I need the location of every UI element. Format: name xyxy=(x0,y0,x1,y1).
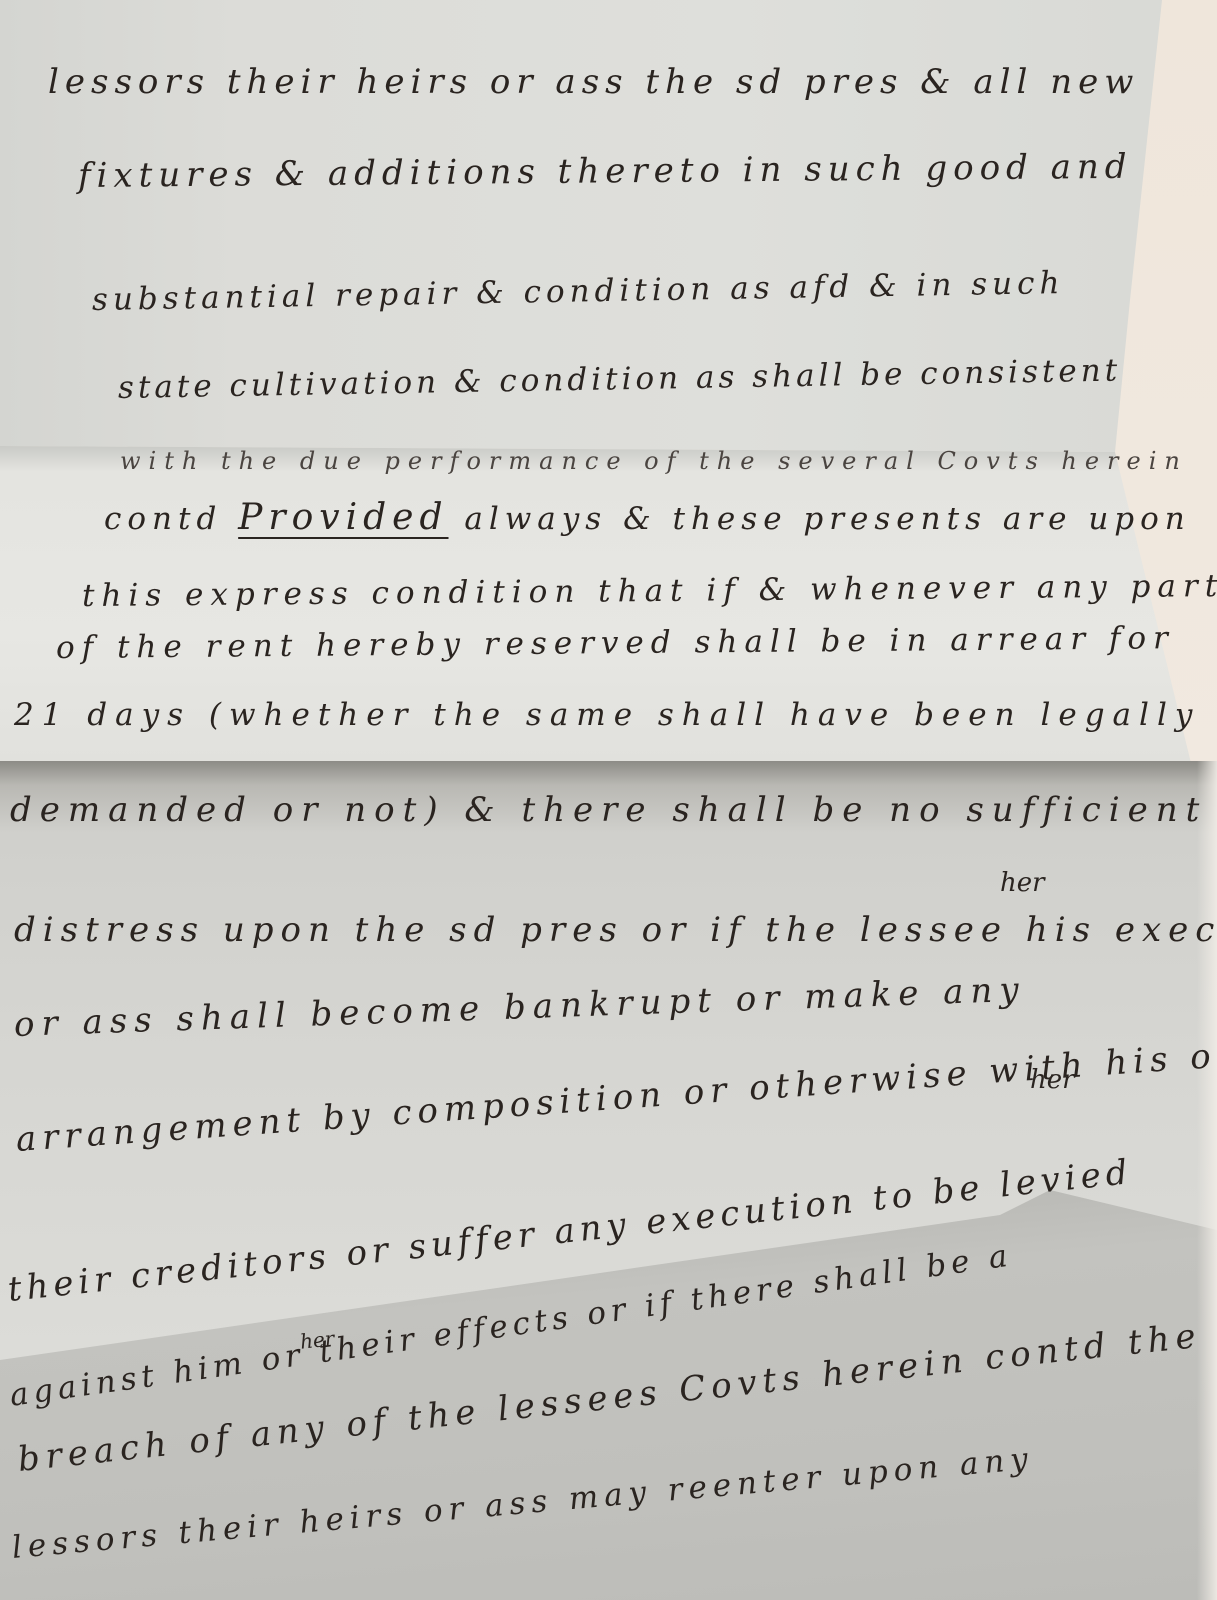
handwritten-line-10: demanded or not) & there shall be no suf… xyxy=(10,790,1207,830)
handwritten-line-11: distress upon the sd pres or if the less… xyxy=(14,910,1217,950)
handwritten-line-9: 21 days (whether the same shall have bee… xyxy=(14,697,1200,733)
handwritten-line-1: lessors their heirs or ass the sd pres &… xyxy=(48,62,1139,102)
interlineation-her-1: her xyxy=(1000,868,1045,898)
line-6-start: contd xyxy=(104,501,222,537)
line-6-end: always & these presents are upon xyxy=(464,501,1190,537)
handwritten-line-5: with the due performance of the several … xyxy=(120,447,1188,475)
paper-edge xyxy=(1197,761,1217,1600)
handwritten-line-6: contd Provided always & these presents a… xyxy=(104,497,1191,538)
document-page: lessors their heirs or ass the sd pres &… xyxy=(0,0,1217,1600)
provided-emphasis: Provided xyxy=(238,497,448,538)
